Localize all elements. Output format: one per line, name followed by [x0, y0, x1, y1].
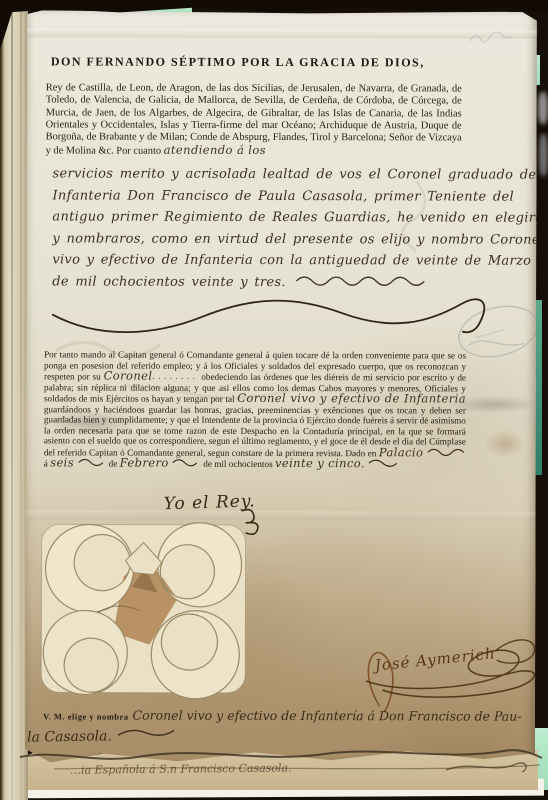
photo-of-royal-decree: …ia Española á S.n Francisco Casasola.: [0, 0, 548, 800]
grant-line-text: antiguo primer Regimiento de Reales Guar…: [52, 209, 548, 225]
line-filler-squiggle: [292, 275, 442, 285]
background-object: [539, 134, 548, 176]
grant-line: Infanteria Don Francisco de Paula Casaso…: [52, 188, 504, 211]
handwritten-day: seis: [50, 456, 74, 470]
handwritten-month: Febrero: [120, 456, 169, 470]
filler-squiggle: [171, 458, 201, 466]
handwritten-year: veinte y cinco.: [275, 456, 365, 470]
filler-squiggle: [76, 458, 106, 466]
grant-line: vivo y efectivo de Infanteria con la ant…: [52, 252, 504, 275]
background-object: [538, 92, 548, 124]
page-stack-crease: [20, 4, 22, 800]
handwritten-place: Palacio: [379, 445, 424, 459]
body-print: de: [109, 459, 118, 469]
paper-stain: [484, 430, 526, 458]
pencil-scribble: [465, 25, 513, 51]
body-print: de mil ochocientos: [203, 459, 272, 469]
closing-flourish: [42, 290, 512, 337]
grant-line: antiguo primer Regimiento de Reales Guar…: [52, 209, 504, 232]
grant-line: servicios merito y acrisolada lealtad de…: [53, 166, 505, 189]
filler-squiggle: [367, 458, 401, 466]
handwritten-note: Coronel vivo y efectivo de Infantería á …: [133, 708, 522, 724]
horizontal-fold-crease: [27, 28, 537, 38]
paper-wafer-seal: [27, 516, 259, 701]
handwritten-intro: atendiendo á los: [164, 143, 266, 157]
grant-line-text: y nombraros, como en virtud del presente…: [52, 231, 544, 247]
decree-page: DON FERNANDO SÉPTIMO POR LA GRACIA DE DI…: [25, 10, 537, 763]
grant-line-text: servicios merito y acrisolada lealtad de…: [53, 166, 537, 182]
dotted-filler: ........: [152, 371, 198, 381]
printed-note-label: V. M. elige y nombra: [43, 711, 128, 721]
body-print: á: [44, 459, 48, 469]
grant-line-text: de mil ochocientos veinte y tres.: [52, 274, 286, 290]
document-title: DON FERNANDO SÉPTIMO POR LA GRACIA DE DI…: [51, 54, 511, 70]
appointment-note: V. M. elige y nombra Coronel vivo y efec…: [43, 706, 521, 725]
page-stack-crease: [11, 4, 13, 800]
royal-titles-paragraph: Rey de Castilla, de Leon, de Aragon, de …: [46, 83, 462, 159]
filler-squiggle: [426, 447, 466, 455]
appointment-paragraph: Por tanto mando al Capitan general ó Com…: [44, 350, 466, 471]
body-handwritten-title: Coronel vivo y efectivo de Infanteria: [237, 391, 466, 406]
body-handwritten-rank: Coronel: [104, 369, 153, 383]
grant-line-text: vivo y efectivo de Infanteria con la ant…: [52, 252, 531, 268]
page-bottom-edge: [14, 735, 544, 775]
grant-line: y nombraros, como en virtud del presente…: [52, 231, 504, 254]
book-gutter-edge: [0, 4, 28, 800]
grant-line-text: Infanteria Don Francisco de Paula Casaso…: [52, 188, 514, 204]
handwritten-grant-block: servicios merito y acrisolada lealtad de…: [52, 166, 504, 296]
